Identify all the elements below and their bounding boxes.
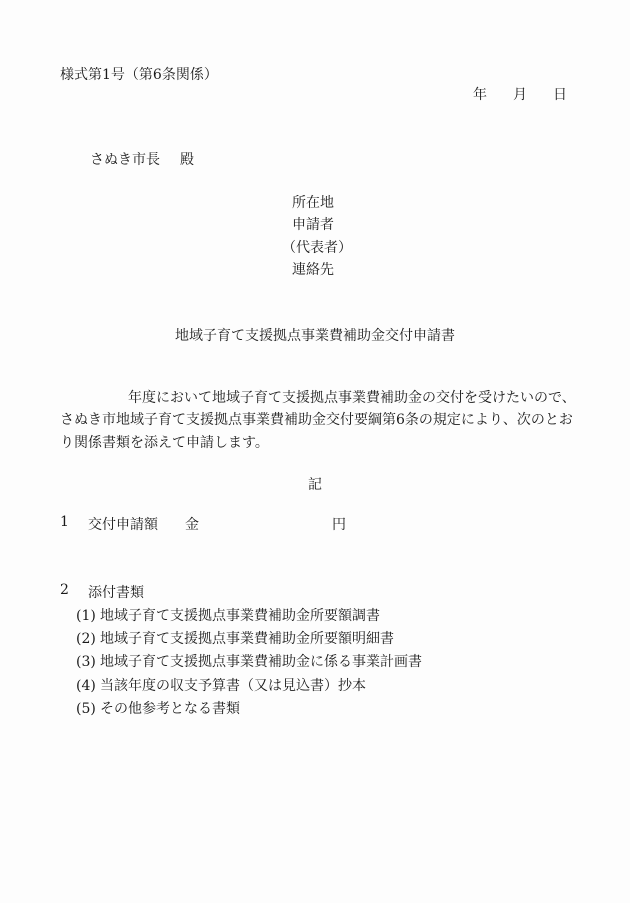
applicant-label-applicant: 申請者	[282, 214, 352, 236]
document-title: 地域子育て支援拠点事業費補助金交付申請書	[0, 325, 630, 345]
applicant-label-location: 所在地	[282, 192, 352, 214]
addressee-line: さぬき市長 殿	[90, 149, 194, 169]
applicant-labels-block: 所在地 申請者 （代表者） 連絡先	[282, 192, 352, 282]
amount-blank-field	[200, 514, 330, 532]
attachment-number: (4)	[76, 675, 100, 698]
body-line-1: 年度において地域子育て支援拠点事業費補助金の交付を受けたいので、	[60, 387, 587, 409]
applicant-label-representative: （代表者）	[282, 237, 352, 259]
attachments-section-label: 添付書類	[88, 582, 144, 602]
year-label: 年	[473, 84, 487, 104]
form-number-label: 様式第1号（第6条関係）	[60, 64, 218, 84]
amount-item-label: 交付申請額	[88, 514, 158, 534]
attachment-text: 地域子育て支援拠点事業費補助金に係る事業計画書	[100, 651, 422, 674]
amount-prefix: 金	[185, 514, 199, 534]
attachment-text: 地域子育て支援拠点事業費補助金所要額明細書	[100, 628, 394, 651]
attachment-number: (3)	[76, 651, 100, 674]
applicant-label-contact: 連絡先	[282, 259, 352, 281]
body-paragraph: 年度において地域子育て支援拠点事業費補助金の交付を受けたいので、 さぬき市地域子…	[60, 387, 587, 454]
amount-item-number: 1	[60, 514, 69, 530]
attachment-text: その他参考となる書類	[100, 698, 240, 721]
month-label: 月	[513, 84, 527, 104]
attachment-number: (1)	[76, 605, 100, 628]
attachment-item: (2) 地域子育て支援拠点事業費補助金所要額明細書	[76, 628, 422, 651]
body-line-2: さぬき市地域子育て支援拠点事業費補助金交付要綱第6条の規定により、次のとお	[60, 409, 587, 431]
day-label: 日	[553, 84, 567, 104]
addressee-name: さぬき市長	[90, 149, 160, 169]
body-line-3: り関係書類を添えて申請します。	[60, 432, 587, 454]
attachment-item: (3) 地域子育て支援拠点事業費補助金に係る事業計画書	[76, 651, 422, 674]
amount-suffix: 円	[332, 514, 346, 534]
attachment-item: (5) その他参考となる書類	[76, 698, 422, 721]
addressee-honorific: 殿	[180, 149, 194, 169]
attachments-section-number: 2	[60, 582, 69, 598]
attachment-text: 地域子育て支援拠点事業費補助金所要額調書	[100, 605, 380, 628]
attachments-list: (1) 地域子育て支援拠点事業費補助金所要額調書 (2) 地域子育て支援拠点事業…	[76, 605, 422, 721]
application-amount-row: 1 交付申請額 金 円	[0, 514, 630, 534]
document-page: 様式第1号（第6条関係） 年 月 日 さぬき市長 殿 所在地 申請者 （代表者）…	[0, 0, 630, 903]
attachment-number: (2)	[76, 628, 100, 651]
attachment-text: 当該年度の収支予算書（又は見込書）抄本	[100, 675, 366, 698]
attachment-item: (1) 地域子育て支援拠点事業費補助金所要額調書	[76, 605, 422, 628]
date-line: 年 月 日	[473, 84, 567, 104]
attachment-number: (5)	[76, 698, 100, 721]
attachment-item: (4) 当該年度の収支予算書（又は見込書）抄本	[76, 675, 422, 698]
record-marker: 記	[0, 474, 630, 494]
